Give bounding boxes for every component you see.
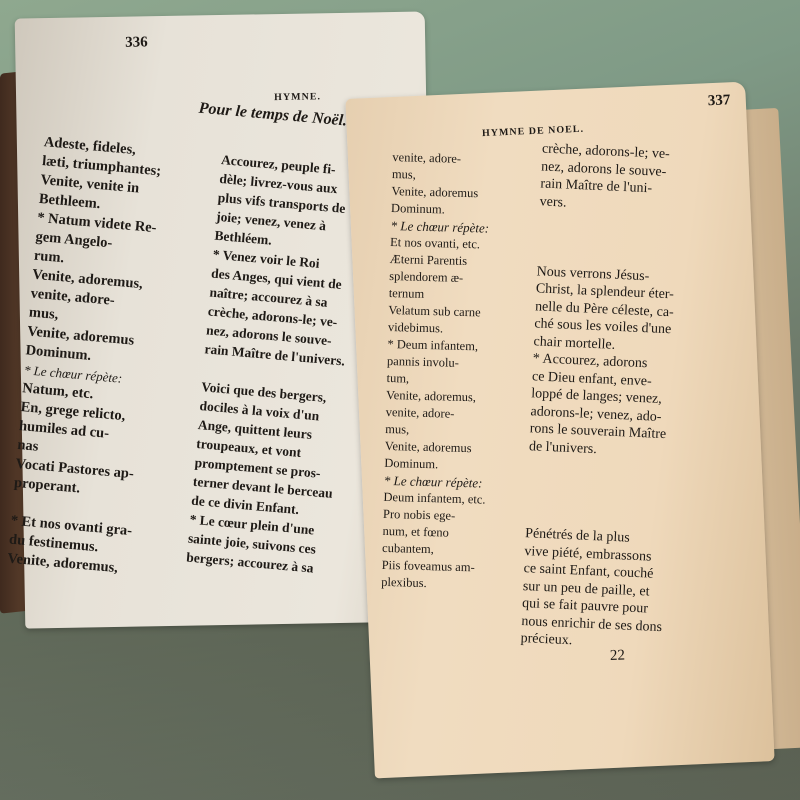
signature-mark: 22 [610,647,626,665]
hymn-subtitle: Pour le temps de Noël. [198,100,348,131]
photo-scene: 336 HYMNE. Pour le temps de Noël. Adeste… [0,0,800,800]
page-number: 336 [125,34,148,51]
latin-column: Adeste, fideles,læti, triumphantes;Venit… [7,133,166,579]
running-head: HYMNE DE NOEL. [482,124,584,139]
page-number: 337 [707,92,730,110]
french-column: Accourez, peuple fi-dèle; livrez-vous au… [186,150,363,579]
text-line: plexibus. [381,574,483,594]
right-page: 337 HYMNE DE NOEL. venite, adore-mus,Ven… [345,82,774,779]
latin-column: venite, adore-mus,Venite, adoremusDominu… [381,149,495,594]
running-head: HYMNE. [274,91,321,103]
french-column: crèche, adorons-le; ve-nez, adorons le s… [520,140,683,653]
